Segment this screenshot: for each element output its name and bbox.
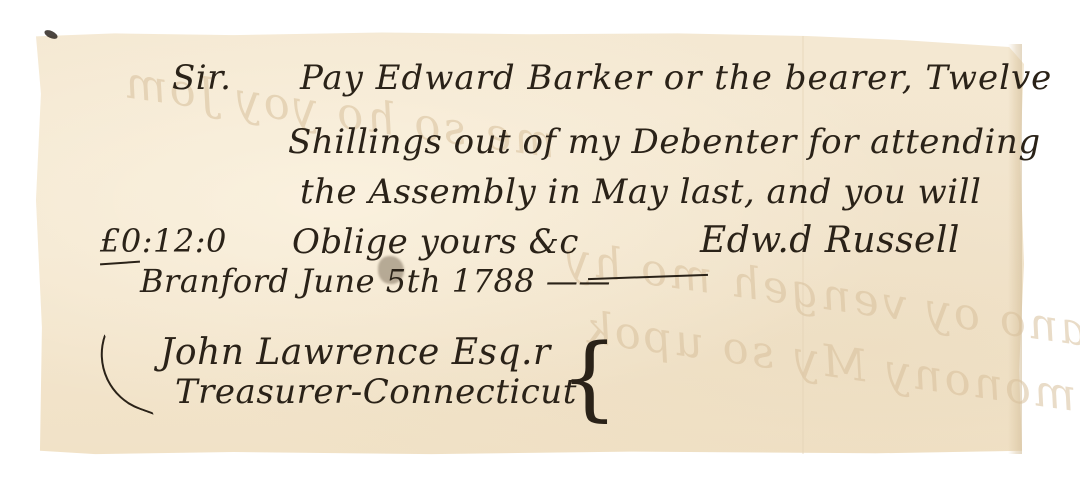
amount: £0:12:0 <box>100 222 227 260</box>
signature: Edw.d Russell <box>700 220 960 261</box>
addressee-title: Treasurer-Connecticut <box>175 372 577 412</box>
brace-mark: { <box>560 332 619 424</box>
body-line-1: Pay Edward Barker or the bearer, Twelve <box>300 58 1052 98</box>
body-line-2: Shillings out of my Debenter for attendi… <box>288 122 1041 162</box>
salutation: Sir. <box>172 58 232 98</box>
body-line-4: Oblige yours &c <box>292 222 579 262</box>
body-line-3: the Assembly in May last, and you will <box>300 172 981 212</box>
place-date: Branford June 5th 1788 —— <box>140 262 611 300</box>
addressee-name: John Lawrence Esq.r <box>160 332 551 373</box>
